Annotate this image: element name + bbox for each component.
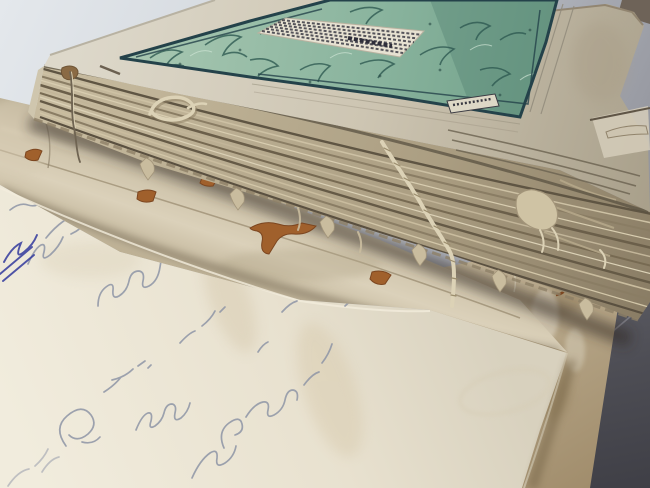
leather-fragment — [137, 190, 156, 202]
photo-canvas — [0, 0, 650, 488]
cover-stain — [572, 22, 628, 102]
photo-antique-books — [0, 0, 650, 488]
